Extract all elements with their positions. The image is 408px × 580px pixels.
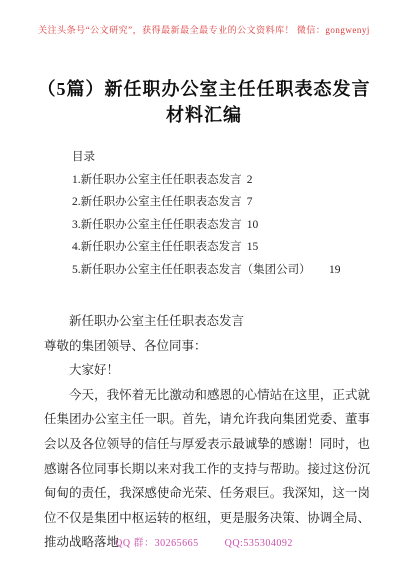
document-title-line1: （5篇）新任职办公室主任任职表态发言 [0, 76, 408, 102]
toc-item-label: 3.新任职办公室主任任职表态发言 [72, 219, 242, 231]
toc-item-label: 4.新任职办公室主任任职表态发言 [72, 241, 242, 253]
toc-item: 1.新任职办公室主任任职表态发言2 [72, 169, 378, 192]
toc-item-label: 5.新任职办公室主任任职表态发言（集团公司） [72, 264, 311, 276]
toc-item: 4.新任职办公室主任任职表态发言15 [72, 236, 378, 259]
toc-item: 5.新任职办公室主任任职表态发言（集团公司）19 [72, 259, 378, 282]
contact-footer: QQ 群：30265665QQ:535304092 [0, 534, 408, 549]
promo-header-text: 关注头条号“公文研究”，获得最新最全最专业的公文资料库！ 微信：gongweny… [0, 23, 408, 36]
table-of-contents: 目录 1.新任职办公室主任任职表态发言2 2.新任职办公室主任任职表态发言7 3… [72, 146, 378, 282]
toc-item-page: 7 [247, 196, 253, 208]
greeting-line: 大家好！ [44, 358, 370, 383]
qq-group-text: QQ 群：30265665 [115, 538, 198, 549]
toc-item: 3.新任职办公室主任任职表态发言10 [72, 214, 378, 237]
toc-item-label: 1.新任职办公室主任任职表态发言 [72, 174, 242, 186]
toc-item-page: 19 [329, 264, 341, 276]
document-body: 新任职办公室主任任职表态发言 尊敬的集团领导、各位同事： 大家好！ 今天，我怀着… [44, 309, 370, 555]
toc-heading: 目录 [72, 146, 378, 169]
toc-item-page: 10 [247, 219, 259, 231]
section-title: 新任职办公室主任任职表态发言 [44, 309, 370, 334]
qq-number-text: QQ:535304092 [225, 538, 293, 549]
document-title-line2: 材料汇编 [0, 102, 408, 128]
toc-item-page: 15 [247, 241, 259, 253]
toc-item-label: 2.新任职办公室主任任职表态发言 [72, 196, 242, 208]
toc-item: 2.新任职办公室主任任职表态发言7 [72, 191, 378, 214]
body-paragraph: 今天，我怀着无比激动和感恩的心情站在这里，正式就任集团办公室主任一职。首先，请允… [44, 383, 370, 555]
document-title: （5篇）新任职办公室主任任职表态发言 材料汇编 [0, 76, 408, 128]
salutation-line: 尊敬的集团领导、各位同事： [44, 334, 370, 359]
toc-item-page: 2 [247, 174, 253, 186]
